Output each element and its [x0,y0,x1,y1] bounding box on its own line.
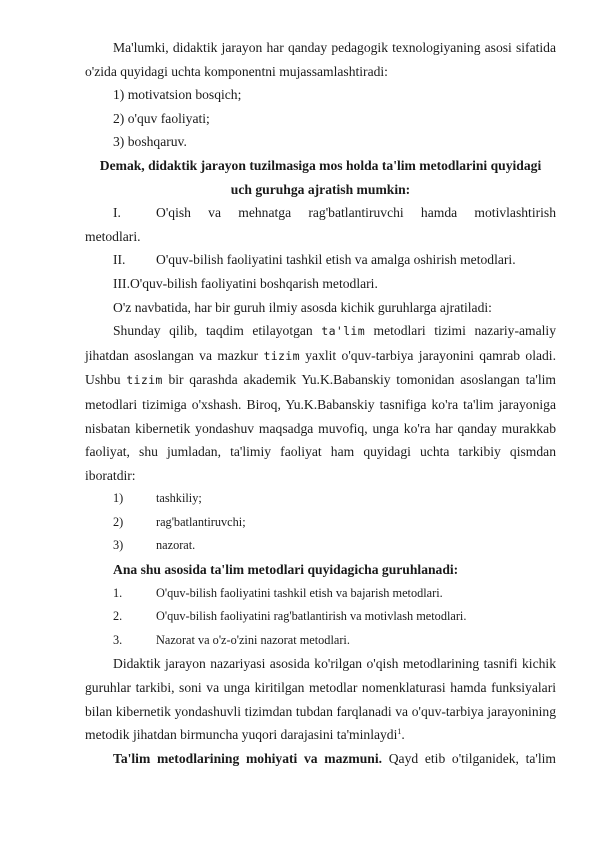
text-run: Didaktik jarayon nazariyasi asosida ko'r… [85,656,556,742]
list-number: 3. [113,629,156,653]
list-text: O'quv-bilish faoliyatini tashkil etish v… [156,248,556,272]
list-number: 2. [113,605,156,629]
list-text: tashkiliy; [156,487,556,511]
parts-list-item: 2) rag'batlantiruvchi; [85,511,556,535]
list-text: O'quv-bilish faoliyatini tashkil etish v… [156,582,556,606]
intro-paragraph: Ma'lumki, didaktik jarayon har qanday pe… [85,36,556,83]
list-text-continued: metodlari. [85,225,556,249]
list-text: rag'batlantiruvchi; [156,511,556,535]
final-paragraph: Ta'lim metodlarining mohiyati va mazmuni… [85,747,556,771]
roman-list-item: III.O'quv-bilish faoliyatini boshqarish … [85,272,556,296]
list-number: III. [113,276,130,291]
section-heading: Demak, didaktik jarayon tuzilmasiga mos … [85,154,556,201]
text-run: Shunday qilib, taqdim etilayotgan [113,323,313,338]
parts-list-item: 3) nazorat. [85,534,556,558]
bold-lead: Ta'lim metodlarining mohiyati va mazmuni… [113,751,382,766]
text-run: bir qarashda akademik Yu.K.Babanskiy tom… [85,372,556,482]
mono-term: tizim [126,373,162,387]
component-item: 3) boshqaruv. [85,130,556,154]
groups-list-item: 2. O'quv-bilish faoliyatini rag'batlanti… [85,605,556,629]
mono-term: tizim [263,349,299,363]
shunday-paragraph: Shunday qilib, taqdim etilayotgan ta'lim… [85,319,556,487]
list-number: 1) [113,487,156,511]
list-number: 3) [113,534,156,558]
roman-list-item: I. O'qish va mehnatga rag'batlantiruvchi… [85,201,556,248]
list-text: O'quv-bilish faoliyatini boshqarish meto… [130,276,378,291]
mono-term: ta'lim [321,324,365,338]
list-number: II. [113,248,156,272]
list-text: O'qish va mehnatga rag'batlantiruvchi ha… [156,201,556,225]
list-text: Nazorat va o'z-o'zini nazorat metodlari. [156,629,556,653]
component-item: 1) motivatsion bosqich; [85,83,556,107]
footnote-reference[interactable]: 1 [397,727,401,736]
component-item: 2) o'quv faoliyati; [85,107,556,131]
groups-list-item: 1. O'quv-bilish faoliyatini tashkil etis… [85,582,556,606]
parts-list-item: 1) tashkiliy; [85,487,556,511]
subgroups-paragraph: O'z navbatida, har bir guruh ilmiy asosd… [85,296,556,320]
list-number: I. [113,201,156,225]
groups-list-item: 3. Nazorat va o'z-o'zini nazorat metodla… [85,629,556,653]
list-text: nazorat. [156,534,556,558]
list-text: O'quv-bilish faoliyatini rag'batlantiris… [156,605,556,629]
didaktik-paragraph: Didaktik jarayon nazariyasi asosida ko'r… [85,652,556,746]
list-number: 1. [113,582,156,606]
grouping-heading: Ana shu asosida ta'lim metodlari quyidag… [85,558,556,582]
roman-list-item: II. O'quv-bilish faoliyatini tashkil eti… [85,248,556,272]
list-number: 2) [113,511,156,535]
document-page: Ma'lumki, didaktik jarayon har qanday pe… [85,36,556,770]
text-run: Qayd etib o'tilganidek, ta'lim [389,751,556,766]
